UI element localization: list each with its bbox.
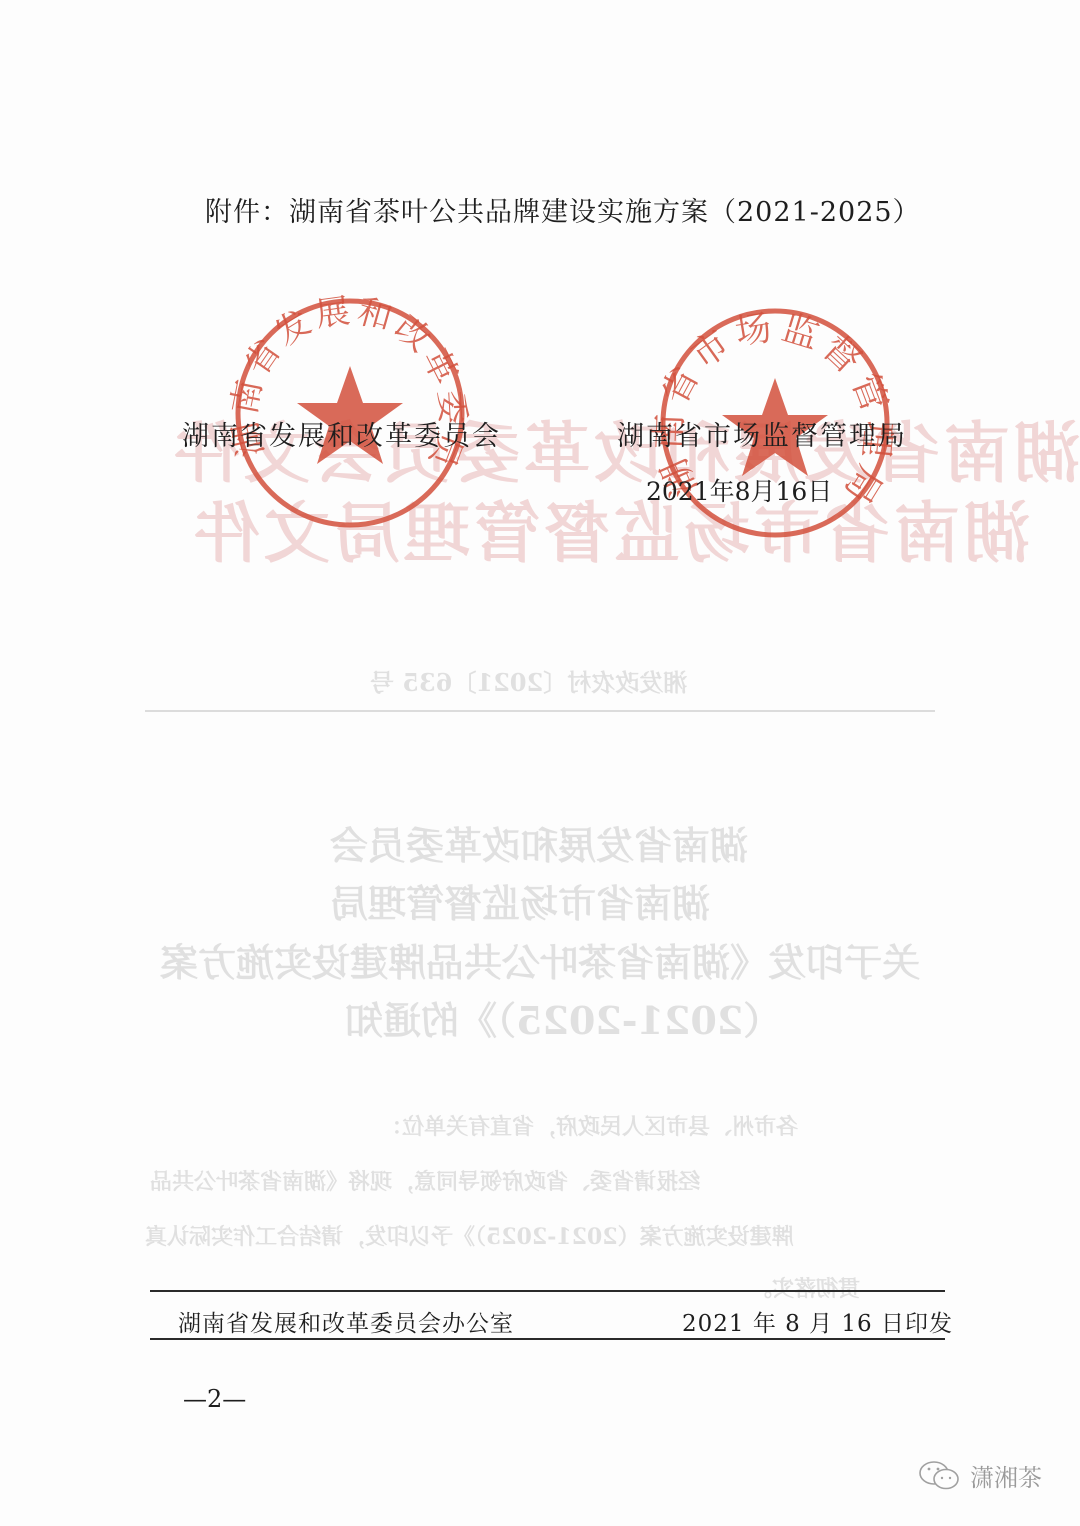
seal-ndrc-icon: 湖南省发展和改革委员会 [225,288,475,538]
document-page: 湖南省发展和改革委员会文件 湖南省市场监督管理局文件 湘发改农村〔2021〕63… [0,0,1080,1526]
watermark-label: 潇湘茶 [970,1458,1042,1493]
wechat-icon [918,1459,962,1493]
bleed-body-3: 牌建设实施方案（2021-2025）》予以印发，请结合工作实际认真 [145,1220,794,1251]
bleed-body-1: 各市州、县市区人民政府，省直有关单位： [380,1110,798,1141]
sign-date: 2021年8月16日 [646,472,832,508]
wechat-watermark: 潇湘茶 [918,1458,1042,1493]
bleed-title-2: 湖南省市场监督管理局 [330,873,710,928]
bleed-body-4: 贯彻落实。 [750,1272,860,1303]
bleed-doc-number: 湘发改农村〔2021〕635 号 [370,663,687,698]
bleed-body-2: 经报请省委、省政府领导同意，现将《湖南省茶叶公共品 [150,1165,700,1196]
bleed-title-1: 湖南省发展和改革委员会 [330,815,748,870]
bleed-title-3: 关于印发《湖南省茶叶公共品牌建设实施方案 [160,932,920,987]
signatory-ndrc: 湖南省发展和改革委员会 [182,414,501,453]
footer-issuer: 湖南省发展和改革委员会办公室 [178,1305,514,1338]
bleed-title-4: （2021-2025）》的通知 [345,990,781,1045]
bleed-rule [145,710,935,712]
attachment-line: 附件：湖南省茶叶公共品牌建设实施方案（2021-2025） [205,190,921,229]
footer-bottom-rule [150,1338,945,1340]
footer-top-rule [150,1290,945,1292]
signatory-amr: 湖南省市场监督管理局 [617,414,907,453]
footer-issue-date: 2021 年 8 月 16 日印发 [682,1305,953,1338]
page-number: —2— [183,1385,246,1413]
